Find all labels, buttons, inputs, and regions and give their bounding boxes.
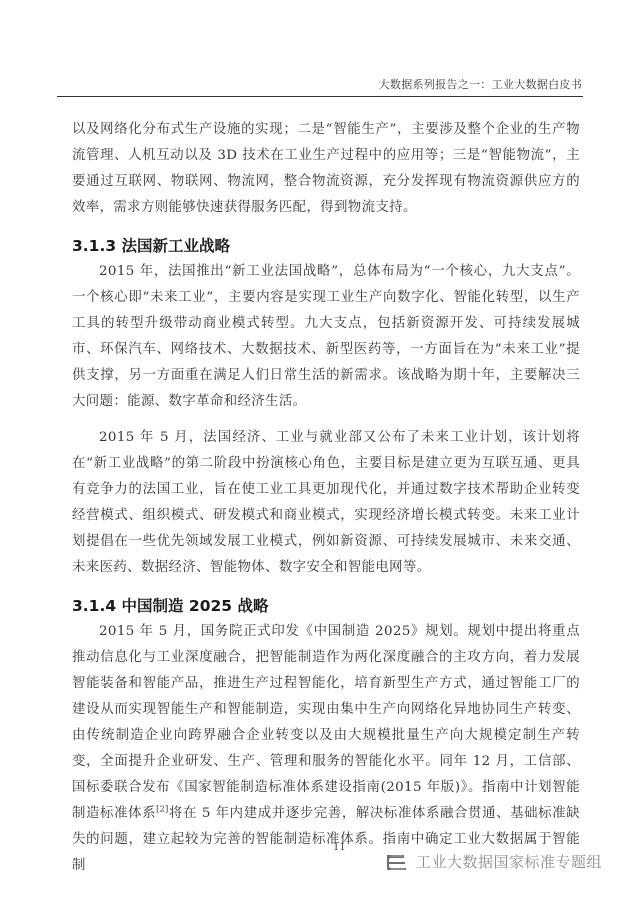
running-header-title: 大数据系列报告之一：工业大数据白皮书 (379, 76, 582, 92)
paragraph-314-1-text-a: 2015 年 5 月，国务院正式印发《中国制造 2025》规划。规划中提出将重点… (72, 624, 580, 821)
paragraph-313-2: 2015 年 5 月，法国经济、工业与就业部又公布了未来工业计划，该计划将在“新… (72, 425, 580, 581)
section-heading-3-1-3: 3.1.3 法国新工业战略 (72, 233, 580, 259)
footnote-reference[interactable]: [2] (156, 805, 169, 814)
paragraph-intro-continuation: 以及网络化分布式生产设施的实现；二是“智能生产”，主要涉及整个企业的生产物流管理… (72, 117, 580, 221)
section-heading-3-1-4: 3.1.4 中国制造 2025 战略 (72, 593, 580, 619)
header-divider (57, 96, 583, 97)
watermark-text: 工业大数据国家标准专题组 (416, 851, 602, 872)
book-stack-icon (384, 853, 408, 871)
paragraph-314-1: 2015 年 5 月，国务院正式印发《中国制造 2025》规划。规划中提出将重点… (72, 619, 580, 879)
paragraph-313-1: 2015 年，法国推出“新工业法国战略”，总体布局为“一个核心，九大支点”。一个… (72, 259, 580, 415)
page-body: 以及网络化分布式生产设施的实现；二是“智能生产”，主要涉及整个企业的生产物流管理… (72, 117, 580, 879)
footer-watermark: 工业大数据国家标准专题组 (384, 851, 602, 872)
page-number: 11 (333, 842, 346, 853)
